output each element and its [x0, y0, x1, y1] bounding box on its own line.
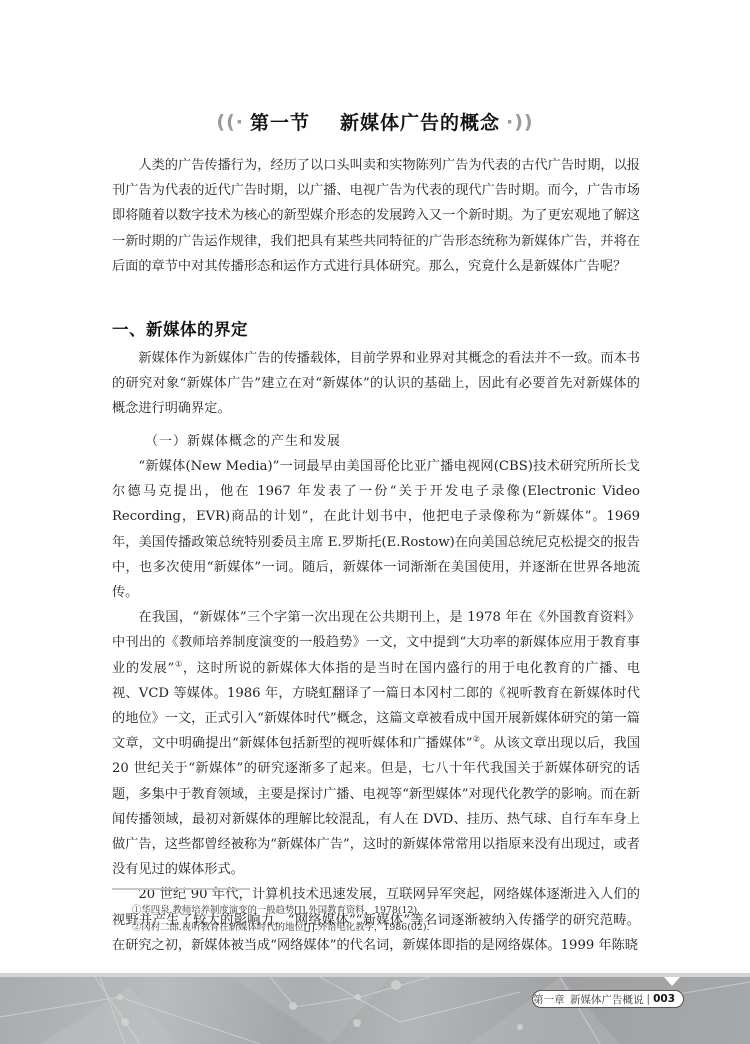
network-pattern-icon	[0, 977, 750, 1044]
text-run: 。从该文章出现以后，我国 20 世纪关于“新媒体”的研究逐渐多了起来。但是，七八…	[112, 736, 640, 877]
left-wave-ornament-icon: ((·	[216, 111, 244, 133]
heading-level2: （一）新媒体概念的产生和发展	[145, 430, 341, 449]
footnotes: ①华四泉.教师培养制度演变的一般趋势[J].外国教育资料，1978(12). ②…	[132, 902, 652, 936]
separator: |	[647, 993, 651, 1005]
footnote-ref-1[interactable]: ①	[174, 659, 183, 668]
book-page: ((· 第一节 新媒体广告的概念 ·)) 人类的广告传播行为，经历了以口头叫卖和…	[0, 0, 750, 1044]
heading-level1: 一、新媒体的界定	[112, 316, 248, 340]
running-head: 第一章 新媒体广告概说 | 003	[532, 990, 684, 1008]
footnote-ref-2[interactable]: ②	[473, 735, 480, 744]
development-block: “新媒体(New Media)”一词最早由美国哥伦比亚广播电视网(CBS)技术研…	[112, 454, 640, 958]
right-wave-ornament-icon: ·))	[506, 111, 534, 133]
intro-block: 人类的广告传播行为，经历了以口头叫卖和实物陈列广告为代表的古代广告时期，以报刊广…	[112, 153, 640, 279]
paragraph-china: 在我国，“新媒体”三个字第一次出现在公共期刊上，是 1978 年在《外国教育资料…	[112, 605, 640, 882]
footer-top-line	[0, 973, 750, 977]
page-number: 003	[653, 993, 675, 1005]
section-title: ((· 第一节 新媒体广告的概念 ·))	[0, 108, 750, 135]
section-heading-text: 新媒体广告的概念	[340, 108, 500, 135]
footer-notch-icon	[664, 977, 680, 986]
paragraph-origin: “新媒体(New Media)”一词最早由美国哥伦比亚广播电视网(CBS)技术研…	[112, 454, 640, 605]
chapter-number: 第一章	[533, 992, 565, 1007]
footnote-divider	[112, 888, 250, 890]
chapter-title: 新媒体广告概说	[570, 992, 644, 1007]
intro-paragraph: 人类的广告传播行为，经历了以口头叫卖和实物陈列广告为代表的古代广告时期，以报刊广…	[112, 153, 640, 279]
footnote-1: ①华四泉.教师培养制度演变的一般趋势[J].外国教育资料，1978(12).	[132, 902, 652, 919]
definition-block: 新媒体作为新媒体广告的传播载体，目前学界和业界对其概念的看法并不一致。而本书的研…	[112, 346, 640, 422]
section-number: 第一节	[250, 108, 310, 135]
definition-paragraph: 新媒体作为新媒体广告的传播载体，目前学界和业界对其概念的看法并不一致。而本书的研…	[112, 346, 640, 422]
footnote-2: ②冈村二郎.视听教育在新媒体时代的地位[J].外语电化教学，1986(02).	[132, 919, 652, 936]
